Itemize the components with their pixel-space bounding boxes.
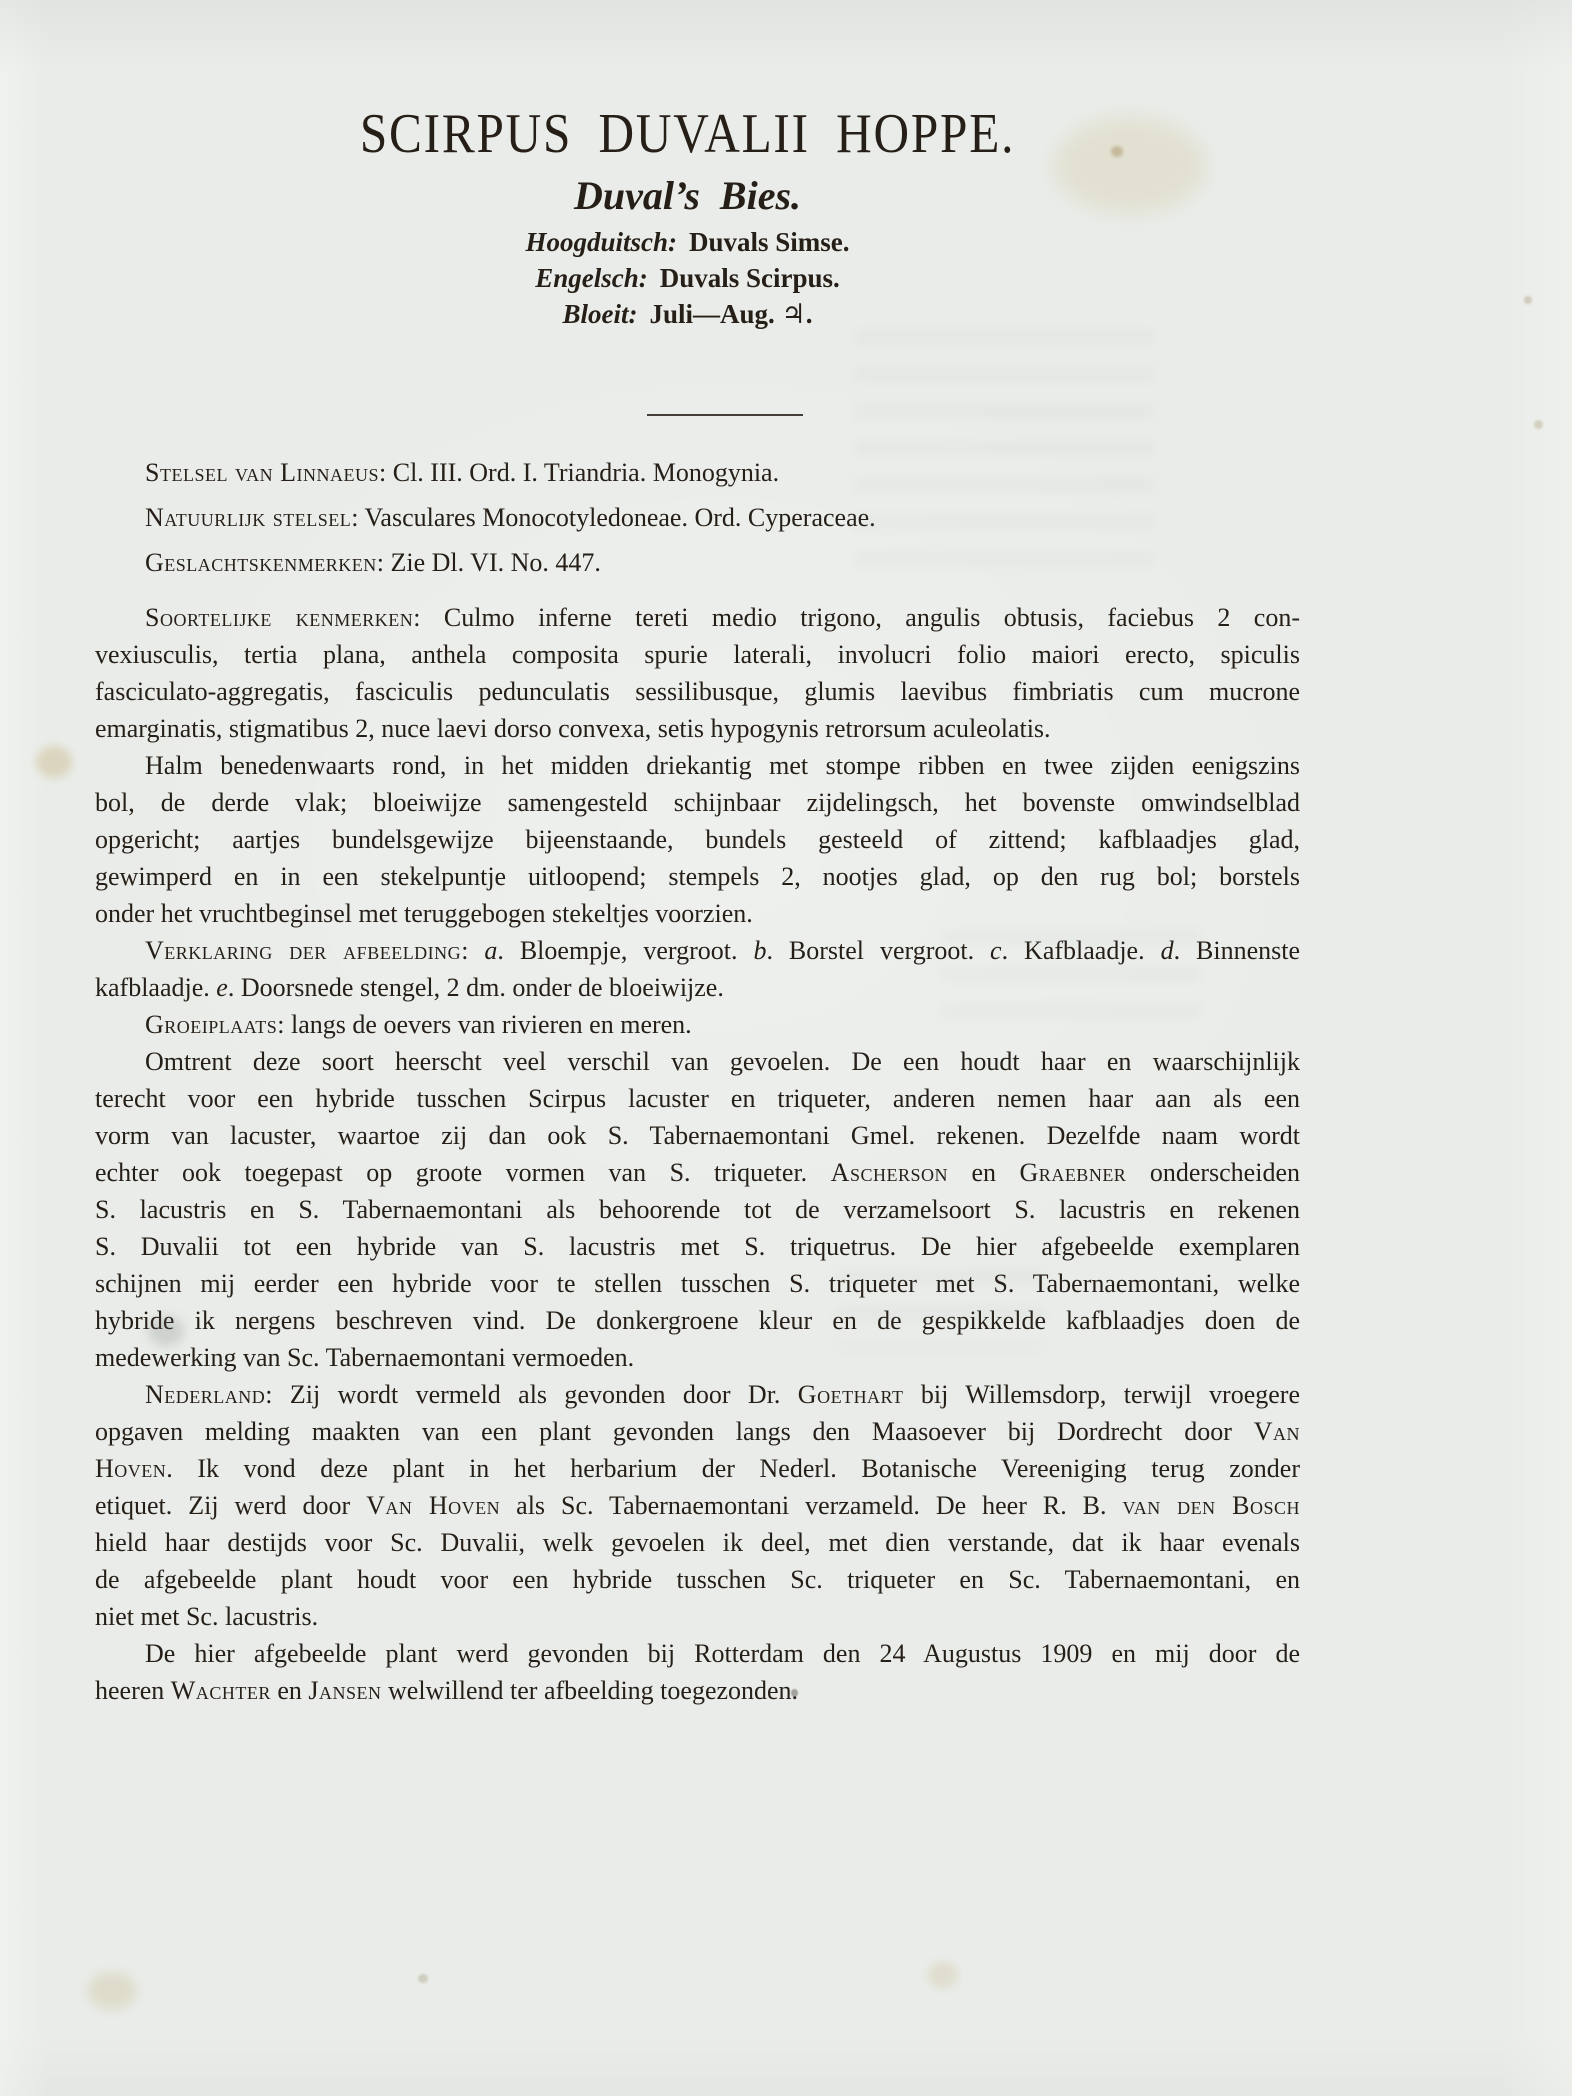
taxonomy-discussion-paragraph: Omtrent deze soort heerscht veel verschi… (95, 1043, 1300, 1376)
scanned-page: SCIRPUS DUVALII HOPPE. Duval’s Bies. Hoo… (0, 0, 1572, 2096)
text-line: Nederland: Zij wordt vermeld als gevonde… (95, 1376, 1300, 1413)
text-line: terecht voor een hybride tusschen Scirpu… (95, 1080, 1300, 1117)
text-line: onder het vruchtbeginsel met teruggeboge… (95, 895, 1300, 932)
header-divider-rule (647, 414, 803, 416)
meta-line: Engelsch:Duvals Scirpus. (60, 260, 1315, 296)
meta-line: Hoogduitsch:Duvals Simse. (60, 224, 1315, 260)
text-line: Verklaring der afbeelding: a. Bloempje, … (95, 932, 1300, 969)
ink-speck (1524, 296, 1532, 304)
linnaeus-system-line: Stelsel van Linnaeus: Cl. III. Ord. I. T… (95, 450, 1300, 495)
text-line: vexiusculis, tertia plana, anthela compo… (95, 636, 1300, 673)
text-line: hield haar destijds voor Sc. Duvalii, we… (95, 1524, 1300, 1561)
page-subtitle: Duval’s Bies. (60, 172, 1315, 219)
meta-label: Hoogduitsch: (525, 227, 677, 257)
text-line: opgaven melding maakten van een plant ge… (95, 1413, 1300, 1450)
text-line: de afgebeelde plant houdt voor een hybri… (95, 1561, 1300, 1598)
text-line: vorm van lacuster, waartoe zij dan ook S… (95, 1117, 1300, 1154)
text-line: opgericht; aartjes bundelsgewijze bijeen… (95, 821, 1300, 858)
text-line: fasciculato-aggregatis, fasciculis pedun… (95, 673, 1300, 710)
netherlands-records-paragraph: Nederland: Zij wordt vermeld als gevonde… (95, 1376, 1300, 1635)
body-text: Stelsel van Linnaeus: Cl. III. Ord. I. T… (95, 450, 1300, 1709)
meta-label: Engelsch: (535, 263, 648, 293)
text-line: Hoven. Ik vond deze plant in het herbari… (95, 1450, 1300, 1487)
text-line: Groeiplaats: langs de oevers van riviere… (95, 1006, 1300, 1043)
text-line: S. lacustris en S. Tabernaemontani als b… (95, 1191, 1300, 1228)
text-line: etiquet. Zij werd door Van Hoven als Sc.… (95, 1487, 1300, 1524)
text-line: Stelsel van Linnaeus: Cl. III. Ord. I. T… (95, 450, 1300, 495)
text-line: schijnen mij eerder een hybride voor te … (95, 1265, 1300, 1302)
ink-speck (418, 1974, 428, 1983)
genus-characters-line: Geslachtskenmerken: Zie Dl. VI. No. 447. (95, 540, 1300, 585)
habitat-line: Groeiplaats: langs de oevers van riviere… (95, 1006, 1300, 1043)
meta-line: Bloeit:Juli—Aug. ♃. (60, 296, 1315, 332)
species-characters-paragraph: Soortelijke kenmerken: Culmo inferne ter… (95, 599, 1300, 747)
text-line: Halm benedenwaarts rond, in het midden d… (95, 747, 1300, 784)
meta-value: Juli—Aug. ♃. (650, 299, 813, 329)
text-line: Natuurlijk stelsel: Vasculares Monocotyl… (95, 495, 1300, 540)
specimen-provenance-paragraph: De hier afgebeelde plant werd gevonden b… (95, 1635, 1300, 1709)
text-line: emarginatis, stigmatibus 2, nuce laevi d… (95, 710, 1300, 747)
meta-value: Duvals Scirpus. (660, 263, 840, 293)
text-line: niet met Sc. lacustris. (95, 1598, 1300, 1635)
page-title: SCIRPUS DUVALII HOPPE. (135, 102, 1239, 166)
culm-description-paragraph: Halm benedenwaarts rond, in het midden d… (95, 747, 1300, 932)
text-line: kafblaadje. e. Doorsnede stengel, 2 dm. … (95, 969, 1300, 1006)
meta-label: Bloeit: (563, 299, 638, 329)
text-line: De hier afgebeelde plant werd gevonden b… (95, 1635, 1300, 1672)
text-line: S. Duvalii tot een hybride van S. lacust… (95, 1228, 1300, 1265)
paper-stain (928, 1962, 958, 1988)
text-line: gewimperd en in een stekelpuntje uitloop… (95, 858, 1300, 895)
text-line: bol, de derde vlak; bloeiwijze samengest… (95, 784, 1300, 821)
text-line: Geslachtskenmerken: Zie Dl. VI. No. 447. (95, 540, 1300, 585)
natural-system-line: Natuurlijk stelsel: Vasculares Monocotyl… (95, 495, 1300, 540)
text-line: hybride ik nergens beschreven vind. De d… (95, 1302, 1300, 1339)
figure-legend-paragraph: Verklaring der afbeelding: a. Bloempje, … (95, 932, 1300, 1006)
text-line: echter ook toegepast op groote vormen va… (95, 1154, 1300, 1191)
paper-stain (36, 746, 72, 778)
ink-speck (1534, 420, 1543, 429)
paper-stain (88, 1972, 136, 2010)
meta-lines: Hoogduitsch:Duvals Simse.Engelsch:Duvals… (60, 224, 1315, 332)
text-line: heeren Wachter en Jansen welwillend ter … (95, 1672, 1300, 1709)
text-line: medewerking van Sc. Tabernaemontani verm… (95, 1339, 1300, 1376)
text-line: Soortelijke kenmerken: Culmo inferne ter… (95, 599, 1300, 636)
text-line: Omtrent deze soort heerscht veel verschi… (95, 1043, 1300, 1080)
meta-value: Duvals Simse. (689, 227, 850, 257)
